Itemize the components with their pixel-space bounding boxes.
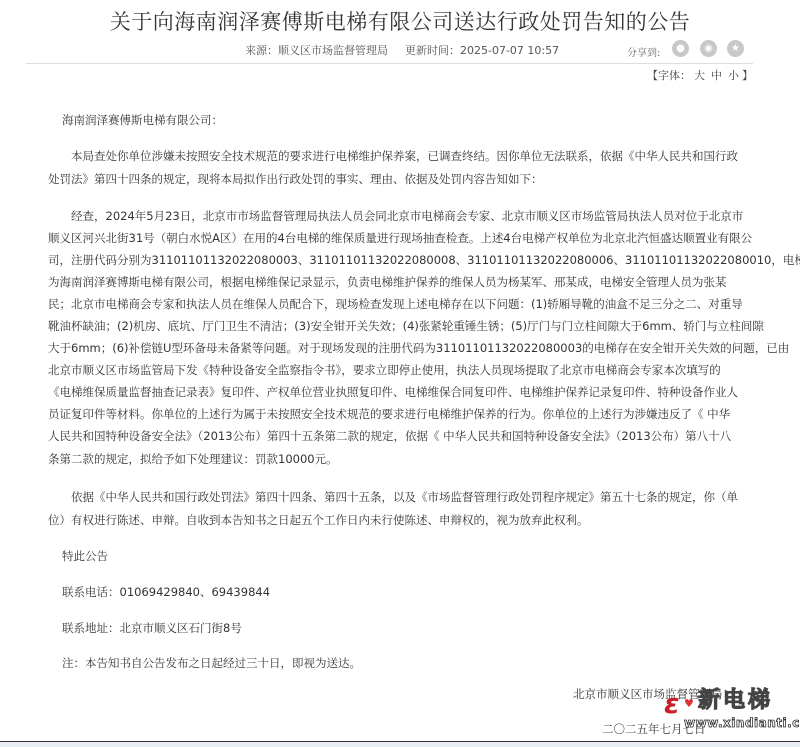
watermark: ε ♥ 新电梯 www.xindianti.cn [664,683,800,735]
paragraph-3-line: 依据《中华人民共和国行政处罚法》第四十四条、第四十五条，以及《市场监督管理行政处… [48,489,738,505]
paragraph-2-line: 民；北京市电梯商会专家和执法人员在维保人员配合下，现场检查发现上述电梯存在以下问… [48,296,743,312]
wechat-icon[interactable]: ● [672,40,689,57]
delivery-note: 注：本告知书自公告发布之日起经过三十日，即视为送达。 [62,655,361,671]
paragraph-1-line: 本局查处你单位涉嫌未按照安全技术规范的要求进行电梯维护保养案，已调查终结。因你单… [48,148,738,164]
watermark-url: www.xindianti.cn [684,716,800,730]
paragraph-2-line: 员证复印件等材料。你单位的上述行为属于未按照安全技术规范的要求进行电梯维护保养的… [48,406,730,422]
font-size-label: 【字体： [647,69,691,82]
font-size-control: 【字体：大中小】 [647,67,753,83]
font-size-medium-button[interactable]: 中 [711,69,722,82]
contact-address: 联系地址：北京市顺义区石门街8号 [62,620,242,636]
paragraph-3-line: 位）有权进行陈述、申辩。自收到本告知书之日起五个工作日内未行使陈述、申辩权的，视… [48,512,589,528]
paragraph-2-line: 司，注册代码分别为31101101132022080003、3110110113… [48,252,800,268]
header-divider [26,63,753,64]
article-source: 来源：顺义区市场监督管理局 [245,42,388,58]
article-updated-time: 更新时间：2025-07-07 10:57 [405,42,559,58]
bottom-edge-bar [0,741,800,747]
heart-icon: ♥ [684,697,694,710]
paragraph-2-line: 人民共和国特种设备安全法》（2013公布）第四十五条第二款的规定，依据《 中华人… [48,428,731,444]
font-size-small-button[interactable]: 小 [728,69,739,82]
closing-text: 特此公告 [62,548,108,564]
paragraph-2-line: 《电梯维保质量监督抽查记录表》复印件、产权单位营业执照复印件、电梯维保合同复印件… [48,384,738,400]
font-size-close-bracket: 】 [742,69,753,82]
paragraph-2-line: 条第二款的规定，拟给予如下处理建议：罚款10000元。 [48,451,338,467]
qzone-icon[interactable]: ★ [727,40,744,57]
watermark-brand: 新电梯 [698,683,773,714]
paragraph-2-line: 为海南润泽赛博斯电梯有限公司，根据电梯维保记录显示，负责电梯维护保养的维保人员为… [48,274,727,290]
share-label: 分享到: [627,44,660,59]
font-size-large-button[interactable]: 大 [694,69,705,82]
salutation: 海南润泽赛傅斯电梯有限公司： [62,112,223,128]
paragraph-2-line: 靴油杯缺油；(2)机房、底坑、厅门卫生不清洁；(3)安全钳开关失效；(4)张紧轮… [48,318,764,334]
article-meta: 来源：顺义区市场监督管理局 更新时间：2025-07-07 10:57 分享到:… [0,40,800,60]
weibo-icon[interactable]: ◉ [700,40,717,57]
paragraph-2-line: 大于6mm；(6)补偿链U型环备母未备紧等问题。对于现场发现的注册代码为3110… [48,340,789,356]
paragraph-2-line: 北京市顺义区市场监管局下发《特种设备安全监察指令书》，要求立即停止使用，执法人员… [48,362,721,378]
page-title: 关于向海南润泽赛傅斯电梯有限公司送达行政处罚告知的公告 [0,6,800,36]
watermark-logo-icon: ε [664,687,680,720]
paragraph-2-line: 经查，2024年5月23日，北京市市场监督管理局执法人员会同北京市电梯商会专家、… [48,208,743,224]
paragraph-1-line: 处罚法》第四十四条的规定，现将本局拟作出行政处罚的事实、理由、依据及处罚内容告知… [48,171,543,187]
paragraph-2-line: 顺义区河兴北街31号（朝白水悦A区）在用的4台电梯的维保质量进行现场抽查检查。上… [48,230,752,246]
contact-phone: 联系电话：01069429840、69439844 [62,584,270,600]
